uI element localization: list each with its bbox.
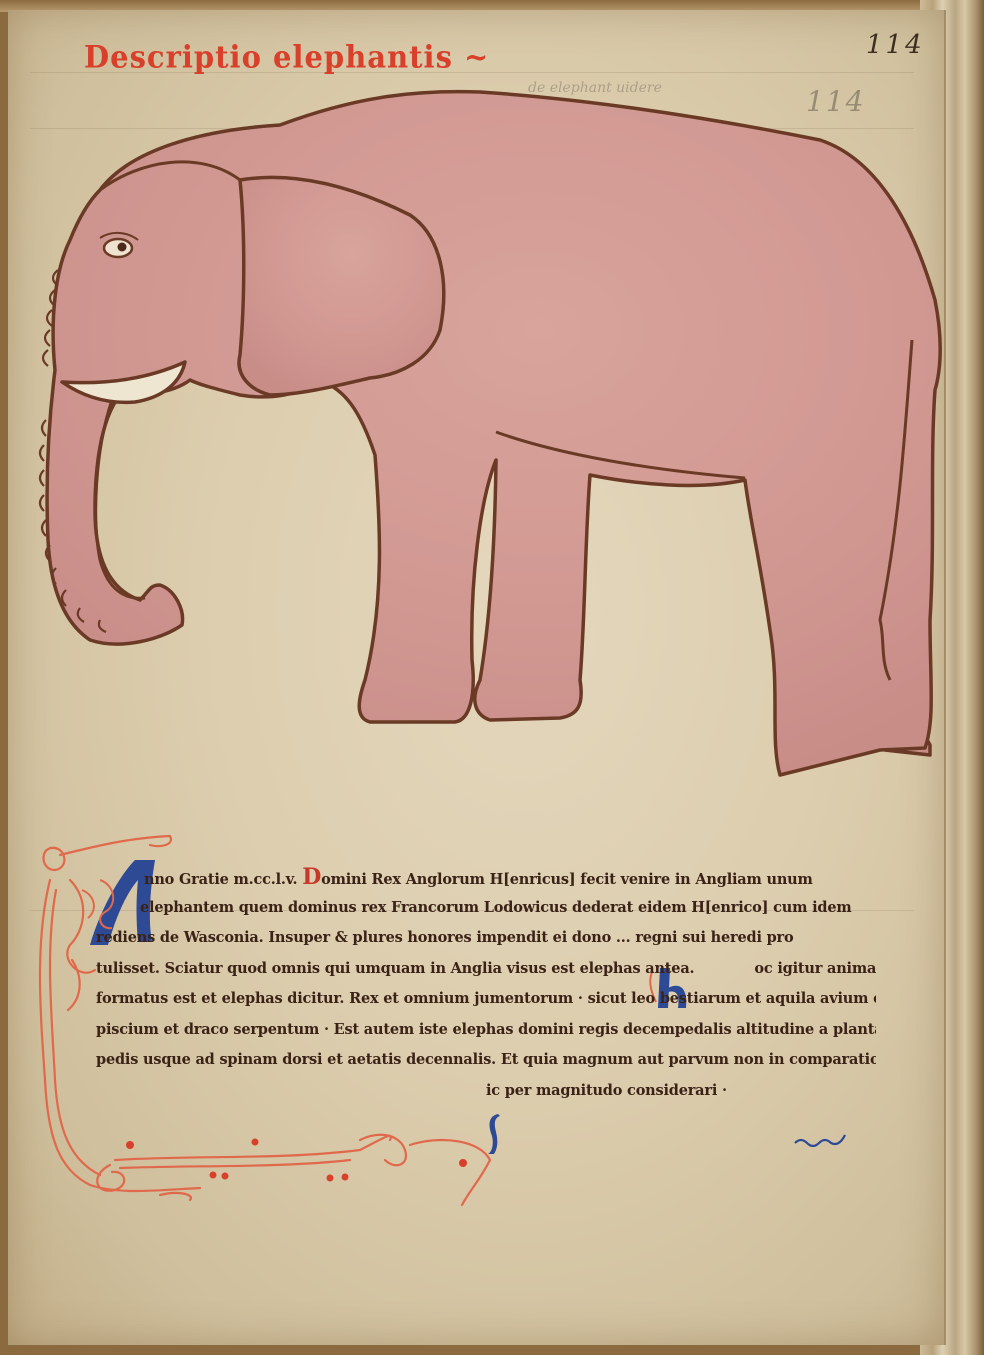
text-line-8: ic per magnitudo considerari · [96,1076,876,1107]
text-line-7: pedis usque ad spinam dorsi et aetatis d… [96,1045,876,1076]
text-line-1: nno Gratie m.cc.l.v. Domini Rex Anglorum… [96,862,876,893]
text-line-2: elephantem quem dominus rex Francorum Lo… [96,893,876,924]
text-line-4: tulisset. Sciatur quod omnis qui umquam … [96,954,876,985]
text-line-3: rediens de Wasconia. Insuper & plures ho… [96,923,876,954]
manuscript-text-block: nno Gratie m.cc.l.v. Domini Rex Anglorum… [96,862,876,1106]
red-initial-d: D [302,864,321,890]
text-line-6: piscium et draco serpentum · Est autem i… [96,1015,876,1046]
decorated-initial-s [484,1112,502,1156]
text-line-5: formatus est et elephas dicitur. Rex et … [96,984,876,1015]
